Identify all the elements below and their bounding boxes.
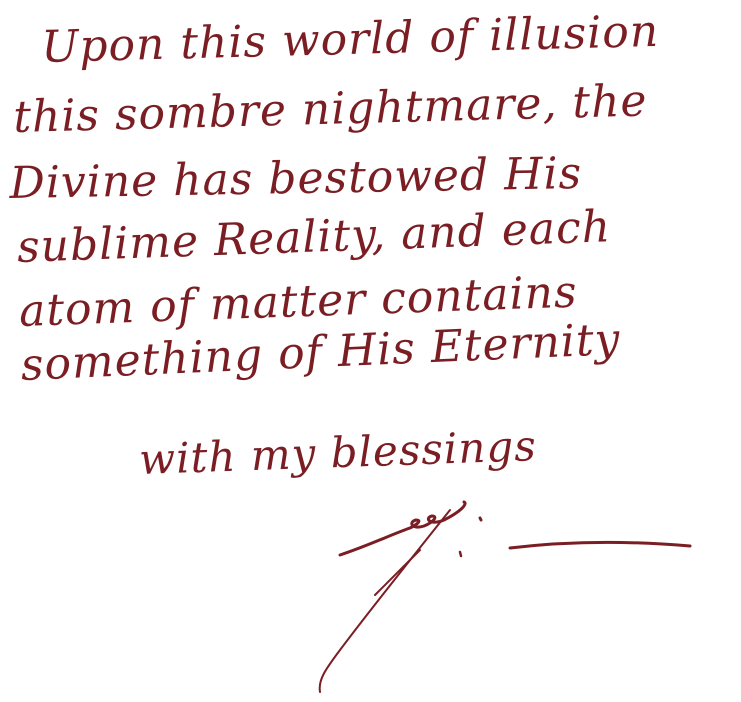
closing-line: with my blessings: [138, 421, 537, 484]
note-line-2: this sombre nightmare, the: [13, 75, 648, 143]
note-line-4: sublime Reality, and each: [16, 201, 612, 273]
signature-mark: [300, 480, 700, 700]
handwritten-note-page: Upon this world of illusion this sombre …: [0, 0, 741, 702]
note-line-1: Upon this world of illusion: [41, 6, 660, 73]
note-line-3: Divine has bestowed His: [9, 148, 582, 209]
